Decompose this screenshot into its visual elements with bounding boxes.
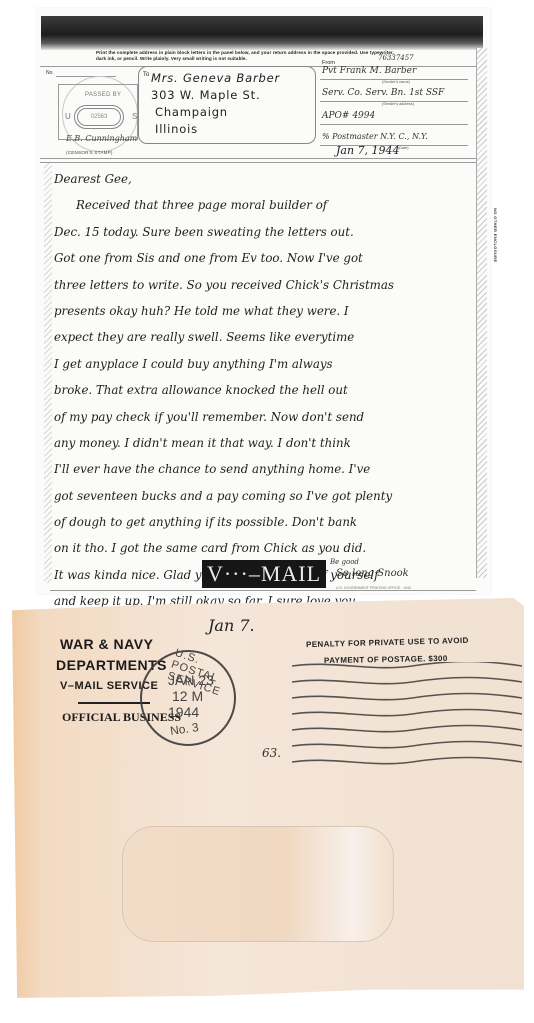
sender-postmaster: % Postmaster N.Y. C., N.Y. <box>322 132 428 141</box>
recipient-name: Mrs. Geneva Barber <box>151 71 280 85</box>
to-label: To <box>143 72 149 78</box>
side-notice: NO OTHER ENCLOSURE <box>490 208 498 318</box>
recipient-state: Illinois <box>155 122 198 136</box>
vmail-envelope: Jan 7. WAR & NAVY DEPARTMENTS V–MAIL SER… <box>12 598 524 1006</box>
recipient-address-panel: To Mrs. Geneva Barber 303 W. Maple St. C… <box>138 66 316 144</box>
envelope-handwritten-number: 63. <box>262 746 281 760</box>
divider <box>78 702 150 704</box>
divider <box>40 162 476 163</box>
vmail-logo: V···–MAIL <box>202 560 326 588</box>
vmail-letter: Print the complete address in plain bloc… <box>36 8 491 594</box>
signature: So long Snook <box>336 568 409 579</box>
sender-serial: 76337457 <box>378 54 414 62</box>
letter-line: Got one from Sis and one from Ev too. No… <box>54 245 474 271</box>
form-instructions: Print the complete address in plain bloc… <box>96 50 396 61</box>
letter-line: of my pay check if you'll remember. Now … <box>54 404 474 430</box>
scan-dark-band <box>41 16 483 50</box>
letter-line: on it tho. I got the same card from Chic… <box>54 535 474 561</box>
postmark-time: 12 M <box>172 688 203 704</box>
letter-line: presents okay huh? He told me what they … <box>54 298 474 324</box>
hatched-border-right <box>476 48 487 578</box>
letter-line: got seventeen bucks and a pay coming so … <box>54 483 474 509</box>
letter-line: I'll ever have the chance to send anythi… <box>54 456 474 482</box>
envelope-handwritten-date: Jan 7. <box>208 616 255 635</box>
censor-s: S <box>132 112 137 121</box>
letter-line: expect they are really swell. Seems like… <box>54 324 474 350</box>
letter-line: broke. That extra allowance knocked the … <box>54 377 474 403</box>
censor-signature: E.B. Cunningham <box>66 134 137 143</box>
recipient-street: 303 W. Maple St. <box>151 88 260 102</box>
sender-name: Pvt Frank M. Barber <box>322 66 416 76</box>
censor-u: U <box>65 112 71 121</box>
divider <box>320 124 468 125</box>
sender-address: Serv. Co. Serv. Bn. 1st SSF <box>322 88 444 98</box>
envelope-address-window <box>122 826 394 942</box>
letter-date: Jan 7, 1944 <box>336 144 400 157</box>
postmark-date: JAN 23 <box>168 672 214 688</box>
letter-line: of dough to get anything if its possible… <box>54 509 474 535</box>
censor-number: 02563 <box>74 105 124 129</box>
censor-passed-by: PASSED BY <box>85 92 121 98</box>
sender-address-caption: (Sender's address) <box>382 102 414 106</box>
letter-line: Received that three page moral builder o… <box>54 192 474 218</box>
postmark: U.S. POSTAL SERVICE JAN 23 12 M 1944 No.… <box>140 650 236 746</box>
penalty-notice-line-1: PENALTY FOR PRIVATE USE TO AVOID <box>306 636 469 649</box>
letter-line: I get anyplace I could buy anything I'm … <box>54 351 474 377</box>
censor-stamp-label: (CENSOR'S STAMP) <box>66 150 113 155</box>
sender-apo: APO# 4994 <box>322 111 375 121</box>
postmark-year: 1944 <box>168 704 199 720</box>
divider <box>40 158 476 159</box>
letter-line: any money. I didn't mean it that way. I … <box>54 430 474 456</box>
number-label: No. <box>46 70 54 76</box>
letter-line: three letters to write. So you received … <box>54 272 474 298</box>
signoff-note: Be good <box>330 558 359 566</box>
sender-name-caption: (Sender's name) <box>382 80 410 84</box>
hatched-border-left <box>44 163 52 583</box>
salutation: Dearest Gee, <box>54 166 474 192</box>
recipient-city: Champaign <box>155 105 228 119</box>
department-line-1: WAR & NAVY <box>60 636 153 652</box>
divider <box>50 590 476 591</box>
postmark-station: No. 3 <box>169 720 199 738</box>
letter-line: Dec. 15 today. Sure been sweating the le… <box>54 219 474 245</box>
cancellation-wavy-lines <box>292 662 522 782</box>
